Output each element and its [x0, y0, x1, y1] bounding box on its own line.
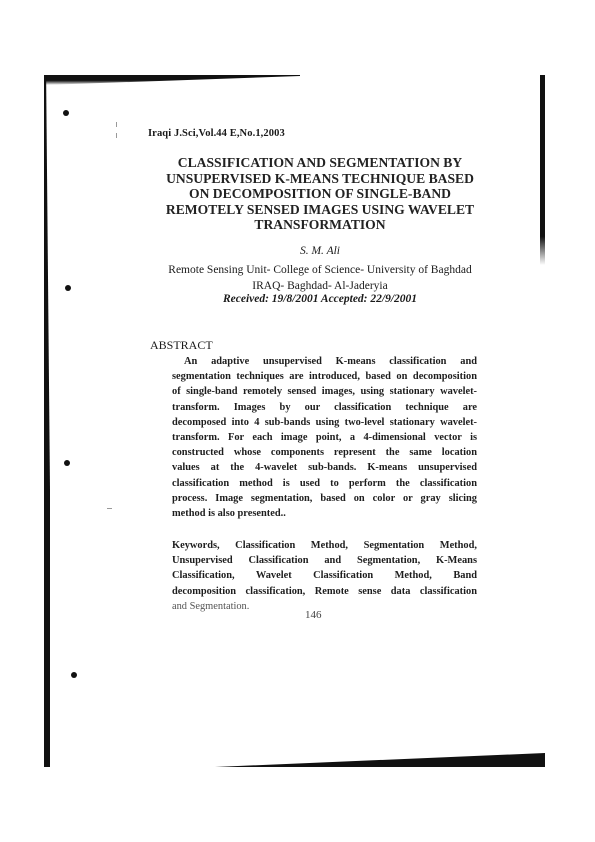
scan-border-right	[540, 75, 545, 265]
abstract-body: An adaptive unsupervised K-means classif…	[172, 354, 477, 521]
affiliation-line: Remote Sensing Unit- College of Science-…	[145, 262, 495, 278]
title-line: REMOTELY SENSED IMAGES USING WAVELET	[145, 202, 495, 218]
abstract-line: transform. Images by our classification …	[172, 400, 477, 415]
abstract-line: transform. For each image point, a 4-dim…	[172, 430, 477, 445]
author-affiliation: Remote Sensing Unit- College of Science-…	[145, 262, 495, 294]
abstract-line: method is also presented..	[172, 506, 477, 521]
abstract-heading: ABSTRACT	[150, 338, 213, 353]
journal-reference: Iraqi J.Sci,Vol.44 E,No.1,2003	[148, 128, 285, 139]
punch-hole-mark	[63, 110, 69, 116]
scan-border-top	[44, 75, 300, 85]
keywords-line: Classification, Wavelet Classification M…	[172, 568, 477, 583]
keywords-line: Keywords, Classification Method, Segment…	[172, 538, 477, 553]
abstract-line: classification method is used to perform…	[172, 476, 477, 491]
punch-hole-mark	[65, 285, 71, 291]
scan-speck	[116, 122, 117, 127]
scan-border-left	[44, 75, 50, 767]
paper-title: CLASSIFICATION AND SEGMENTATION BY UNSUP…	[145, 155, 495, 233]
title-line: UNSUPERVISED K-MEANS TECHNIQUE BASED	[145, 171, 495, 187]
title-line: ON DECOMPOSITION OF SINGLE-BAND	[145, 186, 495, 202]
abstract-line: decomposed into 4 sub-bands using two-le…	[172, 415, 477, 430]
title-line: TRANSFORMATION	[145, 217, 495, 233]
received-accepted-dates: Received: 19/8/2001 Accepted: 22/9/2001	[145, 293, 495, 305]
scan-speck	[116, 133, 117, 138]
affiliation-line: IRAQ- Baghdad- Al-Jaderyia	[145, 278, 495, 294]
punch-hole-mark	[64, 460, 70, 466]
keywords-line: decomposition classification, Remote sen…	[172, 584, 477, 599]
punch-hole-mark	[71, 672, 77, 678]
abstract-line: segmentation techniques are introduced, …	[172, 369, 477, 384]
abstract-line: of single-band remotely sensed images, u…	[172, 384, 477, 399]
scan-speck	[107, 508, 112, 509]
page-number: 146	[305, 609, 322, 621]
keywords-block: Keywords, Classification Method, Segment…	[172, 538, 477, 614]
keywords-line: and Segmentation.	[172, 599, 477, 614]
keywords-line: Unsupervised Classification and Segmenta…	[172, 553, 477, 568]
author-name: S. M. Ali	[145, 245, 495, 257]
title-line: CLASSIFICATION AND SEGMENTATION BY	[145, 155, 495, 171]
abstract-line: values at the 4-wavelet sub-bands. K-mea…	[172, 460, 477, 475]
abstract-line: An adaptive unsupervised K-means classif…	[172, 354, 477, 369]
scan-border-bottom	[215, 753, 545, 767]
abstract-line: constructed whose components represent t…	[172, 445, 477, 460]
abstract-line: process. Image segmentation, based on co…	[172, 491, 477, 506]
